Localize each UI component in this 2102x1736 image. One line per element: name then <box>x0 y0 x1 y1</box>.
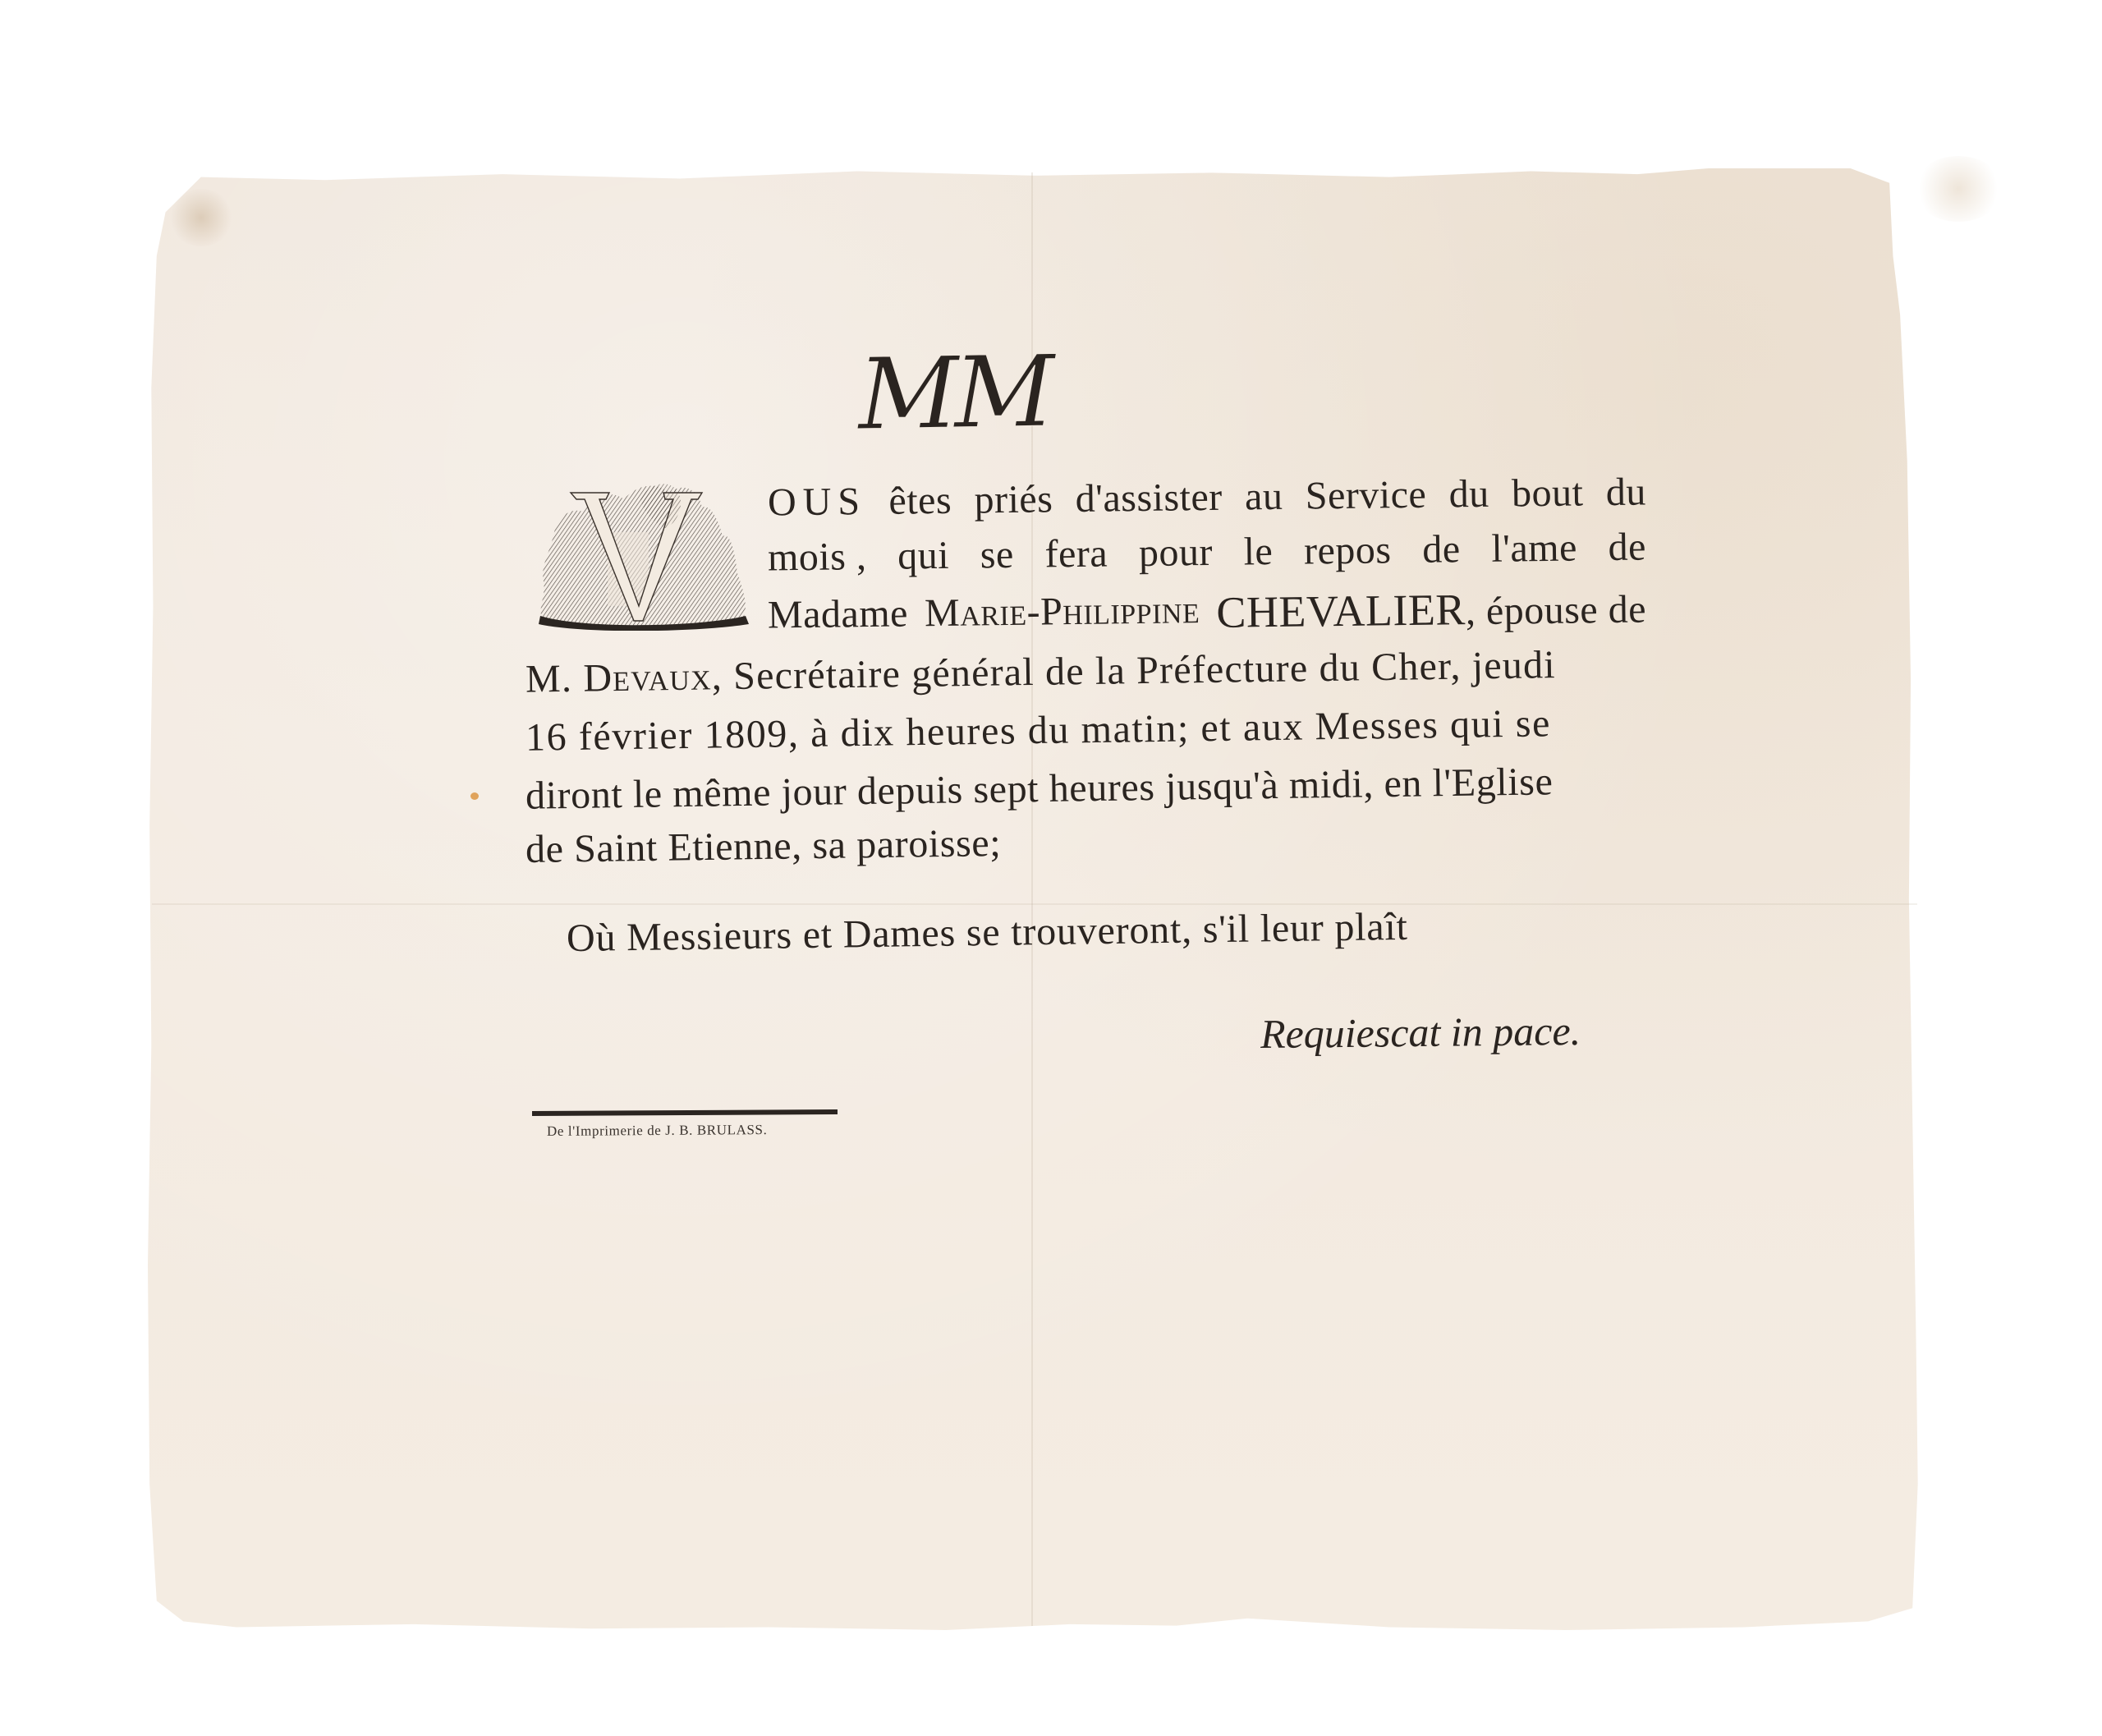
word: l'ame <box>1491 525 1577 571</box>
word: au <box>1245 474 1283 520</box>
body-line-7: de Saint Etienne, sa paroisse; <box>525 820 1002 872</box>
word: mois , <box>768 534 867 580</box>
corner-stain <box>1913 156 2003 222</box>
benediction: Requiescat in pace. <box>1260 1007 1581 1058</box>
word: le <box>1243 529 1273 574</box>
word: pour <box>1139 530 1214 576</box>
line-text: de Saint Etienne, sa paroisse; <box>525 821 1002 871</box>
word: du <box>1606 469 1647 515</box>
word: d'assister <box>1075 475 1223 521</box>
ornamental-initial-v-icon <box>534 475 755 631</box>
word: OUS <box>768 479 867 525</box>
salutation: MM <box>857 335 1051 452</box>
word: M. <box>525 657 573 701</box>
word: Madame <box>768 590 909 643</box>
foxing-spot <box>470 792 479 800</box>
horizontal-fold-crease <box>152 903 1917 905</box>
corner-stain <box>168 189 234 246</box>
husband-name: Devaux <box>583 654 712 700</box>
word: Service <box>1305 472 1426 519</box>
word: repos <box>1304 527 1392 573</box>
word: du <box>1448 471 1489 517</box>
word: de <box>1422 526 1461 572</box>
word: priés <box>974 476 1053 522</box>
word: , épouse de <box>1466 586 1647 634</box>
printer-imprint: De l'Imprimerie de J. B. BRULASS. <box>547 1122 768 1140</box>
word: fera <box>1044 530 1108 576</box>
deceased-given-names: Marie-Philippine <box>925 587 1200 641</box>
word: qui <box>897 533 950 579</box>
word: êtes <box>888 478 952 524</box>
word: bout <box>1512 470 1584 516</box>
word: se <box>980 532 1014 577</box>
word: de <box>1608 524 1646 570</box>
deceased-surname: CHEVALIER <box>1216 584 1466 638</box>
body-line-3: Madame Marie-Philippine CHEVALIER, épous… <box>768 581 1647 643</box>
